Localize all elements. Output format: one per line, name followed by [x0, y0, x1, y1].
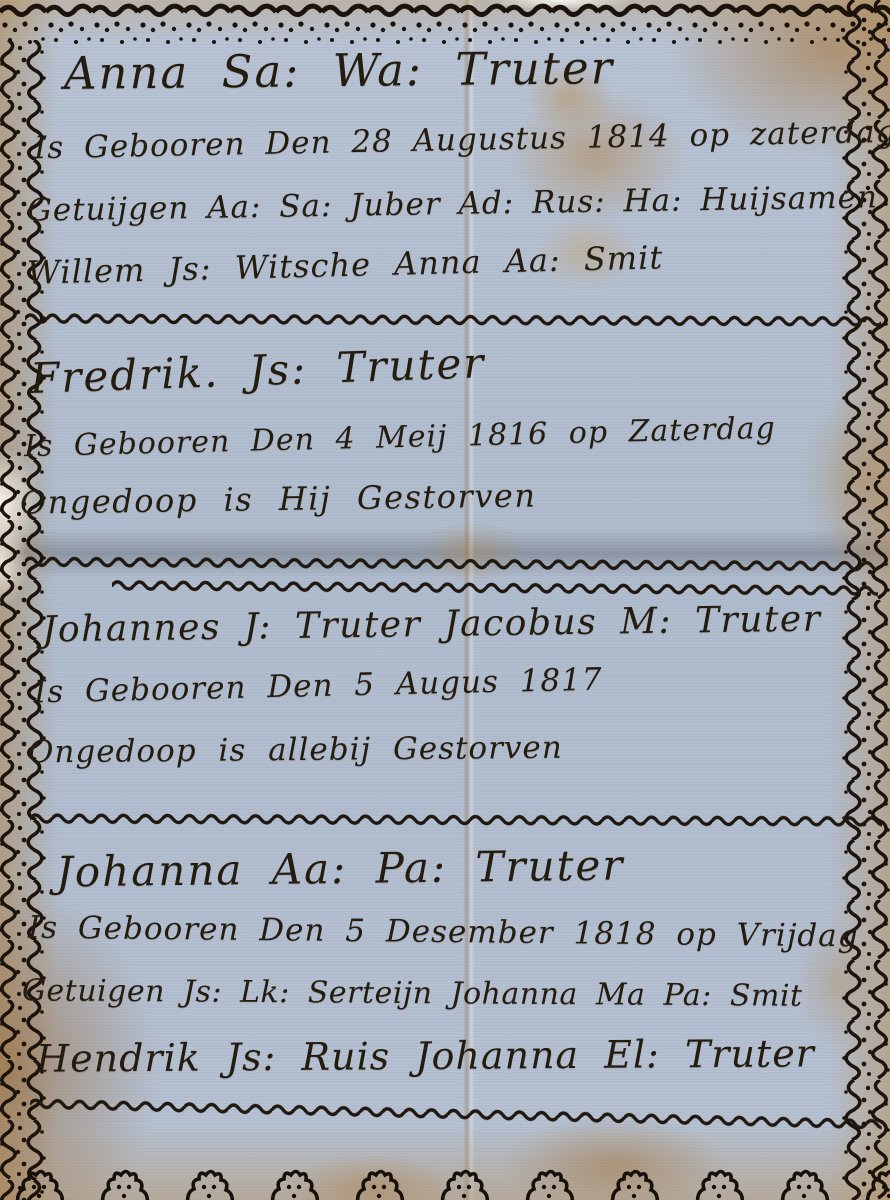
record-birth-line: Is Gebooren Den 4 Meij 1816 op Zaterdag [24, 411, 776, 464]
record-witnesses-line: Getuijgen Aa: Sa: Juber Ad: Rus: Ha: Hui… [27, 179, 878, 228]
record-name: Anna Sa: Wa: Truter [64, 41, 615, 100]
record-witnesses-line: Willem Js: Witsche Anna Aa: Smit [27, 238, 664, 292]
record-name: Johannes J: Truter Jacobus M: Truter [42, 599, 822, 651]
record-name: Fredrik. Js: Truter [29, 338, 486, 403]
wavy-separator [30, 811, 882, 830]
wavy-separator [30, 1096, 882, 1133]
record-witnesses-line: Getuigen Js: Lk: Serteijn Johanna Ma Pa:… [22, 973, 803, 1013]
wavy-separator [25, 554, 875, 574]
wavy-separator [25, 311, 881, 330]
record-birth-line: Is Gebooren Den 28 Augustus 1814 op zate… [34, 114, 890, 167]
record-death-note: Ongedoop is allebij Gestorven [28, 730, 563, 771]
record-birth-line: Is Gebooren Den 5 Desember 1818 op Vrijd… [28, 910, 859, 955]
record-death-note: Ongedoop is Hij Gestorven [20, 476, 537, 521]
record-birth-line: Is Gebooren Den 5 Augus 1817 [34, 662, 603, 711]
lace-border-bottom-icon [0, 1160, 890, 1200]
record-witnesses-line: Hendrik Js: Ruis Johanna El: Truter [36, 1031, 815, 1080]
record-name: Johanna Aa: Pa: Truter [56, 841, 625, 897]
document-page: Anna Sa: Wa: Truter Is Gebooren Den 28 A… [0, 0, 890, 1200]
wavy-separator [112, 577, 878, 598]
